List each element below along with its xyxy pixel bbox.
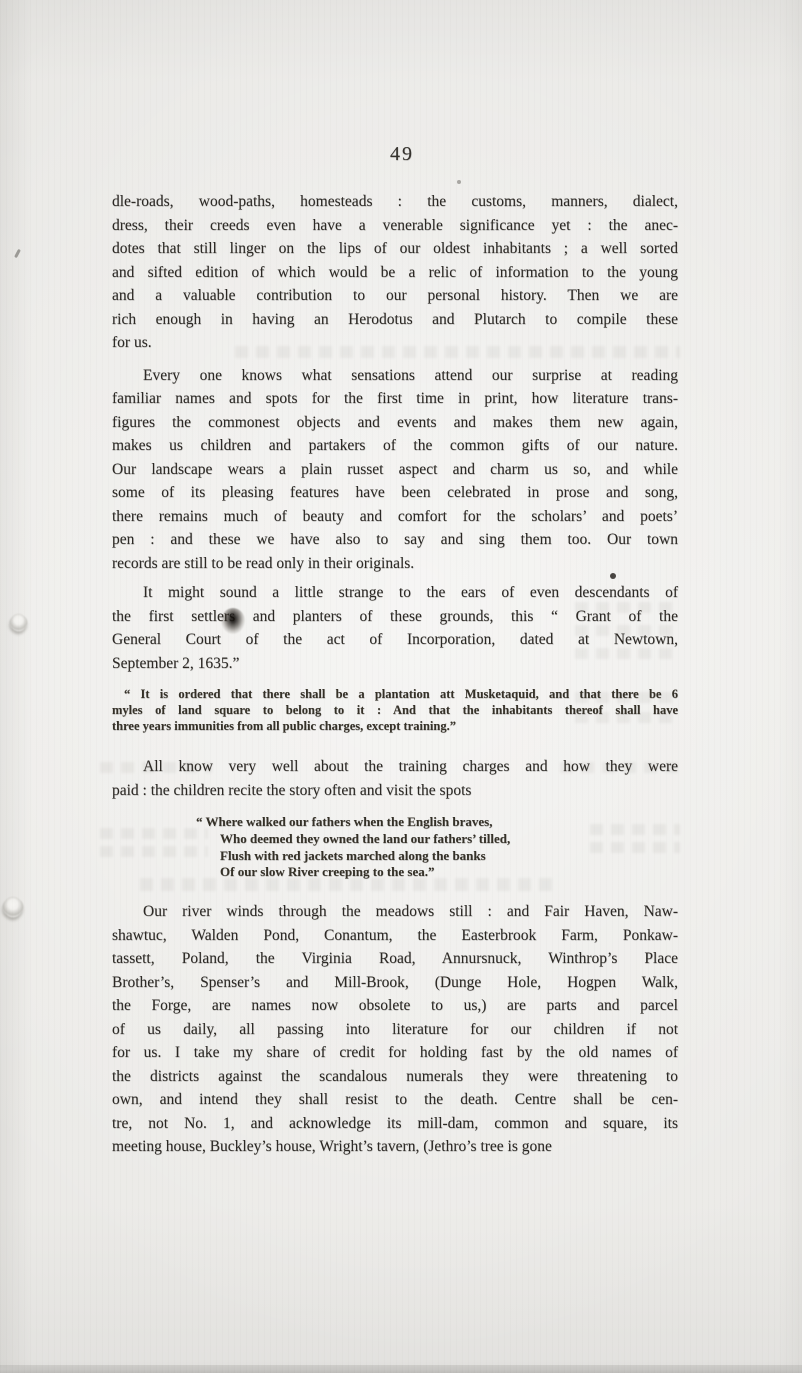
paragraph-block: All know very well about the training ch…: [112, 755, 678, 802]
text-line: Of our slow River creeping to the sea.”: [196, 864, 678, 881]
text-line: paid : the children recite the story oft…: [112, 779, 678, 803]
text-line: for us. I take my share of credit for ho…: [112, 1041, 678, 1065]
text-line: dle-roads, wood-paths, homesteads : the …: [112, 190, 678, 214]
verse-block: “ Where walked our fathers when the Engl…: [196, 814, 678, 881]
text-line: the districts against the scandalous num…: [112, 1065, 678, 1089]
small_quote-block: “ It is ordered that there shall be a pl…: [112, 686, 678, 734]
text-line: tre, not No. 1, and acknowledge its mill…: [112, 1112, 678, 1136]
text-line: September 2, 1635.”: [112, 652, 678, 676]
text-line: Every one knows what sensations attend o…: [112, 364, 678, 388]
page-number: 49: [112, 143, 678, 166]
paper-crease-mark: [7, 611, 31, 635]
text-line: Who deemed they owned the land our fathe…: [196, 831, 678, 848]
text-line: dress, their creeds even have a venerabl…: [112, 214, 678, 238]
text-line: the Forge, are names now obsolete to us,…: [112, 994, 678, 1018]
text-line: tassett, Poland, the Virginia Road, Annu…: [112, 947, 678, 971]
text-line: shawtuc, Walden Pond, Conantum, the East…: [112, 924, 678, 948]
scanned-book-page: 49 dle-roads, wood-paths, homesteads : t…: [0, 0, 802, 1373]
text-column: dle-roads, wood-paths, homesteads : the …: [112, 190, 678, 1159]
text-line: familiar names and spots for the first t…: [112, 387, 678, 411]
text-line: there remains much of beauty and comfort…: [112, 505, 678, 529]
paper-crease-mark: [0, 893, 27, 921]
text-line: Our landscape wears a plain russet aspec…: [112, 458, 678, 482]
text-line: pen : and these we have also to say and …: [112, 528, 678, 552]
ink-speck: [610, 573, 616, 579]
text-line: the first settlers and planters of these…: [112, 605, 678, 629]
page-bottom-edge-shadow: [0, 1365, 802, 1373]
text-line: three years immunities from all public c…: [112, 718, 678, 734]
text-line: of us daily, all passing into literature…: [112, 1018, 678, 1042]
text-line: Brother’s, Spenser’s and Mill-Brook, (Du…: [112, 971, 678, 995]
paper-speck: [457, 180, 461, 184]
paragraph-block: Our river winds through the meadows stil…: [112, 900, 678, 1159]
text-line: All know very well about the training ch…: [112, 755, 678, 779]
text-line: own, and intend they shall resist to the…: [112, 1088, 678, 1112]
text-line: dotes that still linger on the lips of o…: [112, 237, 678, 261]
text-line: records are still to be read only in the…: [112, 552, 678, 576]
text-line: some of its pleasing features have been …: [112, 481, 678, 505]
paragraph-block: Every one knows what sensations attend o…: [112, 364, 678, 576]
ink-blot: [221, 608, 245, 634]
text-line: “ Where walked our fathers when the Engl…: [196, 814, 678, 831]
text-line: makes us children and partakers of the c…: [112, 434, 678, 458]
text-line: Flush with red jackets marched along the…: [196, 848, 678, 865]
text-line: General Court of the act of Incorporatio…: [112, 628, 678, 652]
text-line: myles of land square to belong to it : A…: [112, 702, 678, 718]
text-line: for us.: [112, 331, 678, 355]
text-line: It might sound a little strange to the e…: [112, 581, 678, 605]
paragraph-block: dle-roads, wood-paths, homesteads : the …: [112, 190, 678, 355]
text-line: rich enough in having an Herodotus and P…: [112, 308, 678, 332]
margin-mark: [14, 249, 21, 258]
paragraph-block: It might sound a little strange to the e…: [112, 581, 678, 675]
text-line: and a valuable contribution to our perso…: [112, 284, 678, 308]
text-line: meeting house, Buckley’s house, Wright’s…: [112, 1135, 678, 1159]
text-line: “ It is ordered that there shall be a pl…: [112, 686, 678, 702]
text-line: Our river winds through the meadows stil…: [112, 900, 678, 924]
text-line: and sifted edition of which would be a r…: [112, 261, 678, 285]
text-line: figures the commonest objects and events…: [112, 411, 678, 435]
